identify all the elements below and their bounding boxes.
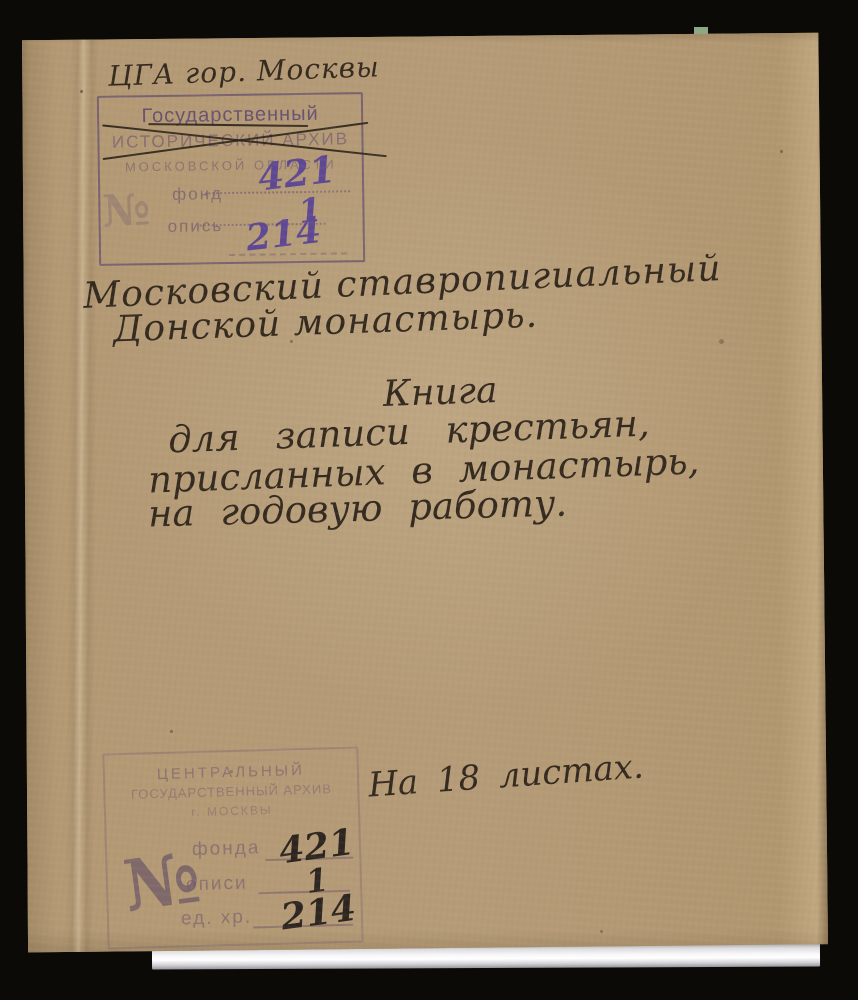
numero-sign-faded: №: [101, 184, 151, 237]
sheets-count-handwriting: На 18 листах.: [367, 746, 645, 805]
archive-stamp-top: Государственный ИСТОРИЧЕСКИЙ АРХИВ МОСКО…: [97, 92, 365, 266]
stamp-bottom-line3: г. МОСКВЫ: [106, 800, 358, 821]
opis-label: описи: [186, 873, 248, 897]
spine-crease: [65, 30, 99, 958]
stamp-bottom-line2: ГОСУДАРСТВЕННЫЙ АРХИВ: [105, 781, 357, 803]
fond-label: фонд: [172, 184, 223, 205]
ed-hr-label: ед. хр.: [181, 906, 253, 930]
archive-stamp-bottom: ЦЕНТРАЛЬНЫЙ ГОСУДАРСТВЕННЫЙ АРХИВ г. МОС…: [102, 746, 363, 949]
photo-background: { "photo": { "background_color": "#0c0a0…: [0, 0, 858, 1000]
ed-hr-number-handwriting: 214: [278, 887, 358, 939]
fond-label: фонда: [192, 837, 261, 861]
opis-label: опись: [168, 216, 224, 237]
book-cover: ЦГА гор. Москвы Государственный ИСТОРИЧЕ…: [20, 30, 828, 958]
paper-specks: [80, 90, 83, 93]
delo-dotted-line: [229, 252, 347, 256]
archive-note-handwriting: ЦГА гор. Москвы: [108, 50, 381, 92]
